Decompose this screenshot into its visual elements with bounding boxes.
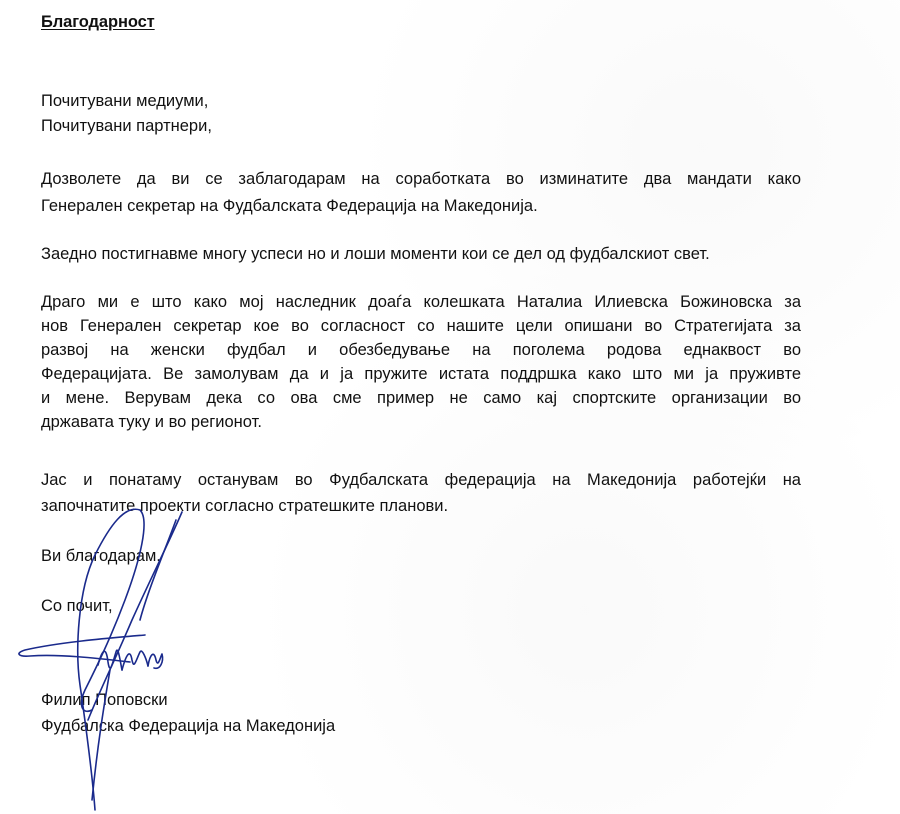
paragraph-line: Јас и понатаму останувам во Фудбалската …	[41, 468, 801, 492]
signatory-name: Филип Поповски	[41, 688, 168, 712]
paragraph-successor: Драго ми е што како мој наследник доаѓа …	[41, 290, 801, 434]
paragraph-line: и мене. Верувам дека со ова сме пример н…	[41, 386, 801, 410]
paragraph-line: Заедно постигнавме многу успеси но и лош…	[41, 242, 801, 266]
paragraph-successes: Заедно постигнавме многу успеси но и лош…	[41, 242, 801, 266]
paragraph-line: Генерален секретар на Фудбалската Федера…	[41, 194, 801, 218]
closing-line: Со почит,	[41, 594, 113, 618]
salutation-line-1: Почитувани медиуми,	[41, 89, 208, 113]
paragraph-line: Дозволете да ви се заблагодарам на сораб…	[41, 167, 801, 191]
paragraph-gratitude: Дозволете да ви се заблагодарам на сораб…	[41, 167, 801, 218]
salutation-line-2: Почитувани партнери,	[41, 114, 212, 138]
paragraph-line: започнатите проекти согласно стратешките…	[41, 494, 801, 518]
paragraph-line: нов Генерален секретар кое во согласност…	[41, 314, 801, 338]
paragraph-continuing: Јас и понатаму останувам во Фудбалската …	[41, 468, 801, 518]
handwritten-signature-icon	[0, 470, 250, 814]
paragraph-line: развој на женски фудбал и обезбедување н…	[41, 338, 801, 362]
letter-page: Благодарност Почитувани медиуми, Почитув…	[0, 0, 900, 814]
thanks-line: Ви благодарам.	[41, 544, 161, 568]
signatory-organization: Фудбалска Федерација на Македонија	[41, 714, 335, 738]
document-title: Благодарност	[41, 13, 155, 32]
paragraph-line: државата туку и во регионот.	[41, 410, 801, 434]
paragraph-line: Драго ми е што како мој наследник доаѓа …	[41, 290, 801, 314]
paragraph-line: Федерацијата. Ве замолувам да и ја пружи…	[41, 362, 801, 386]
